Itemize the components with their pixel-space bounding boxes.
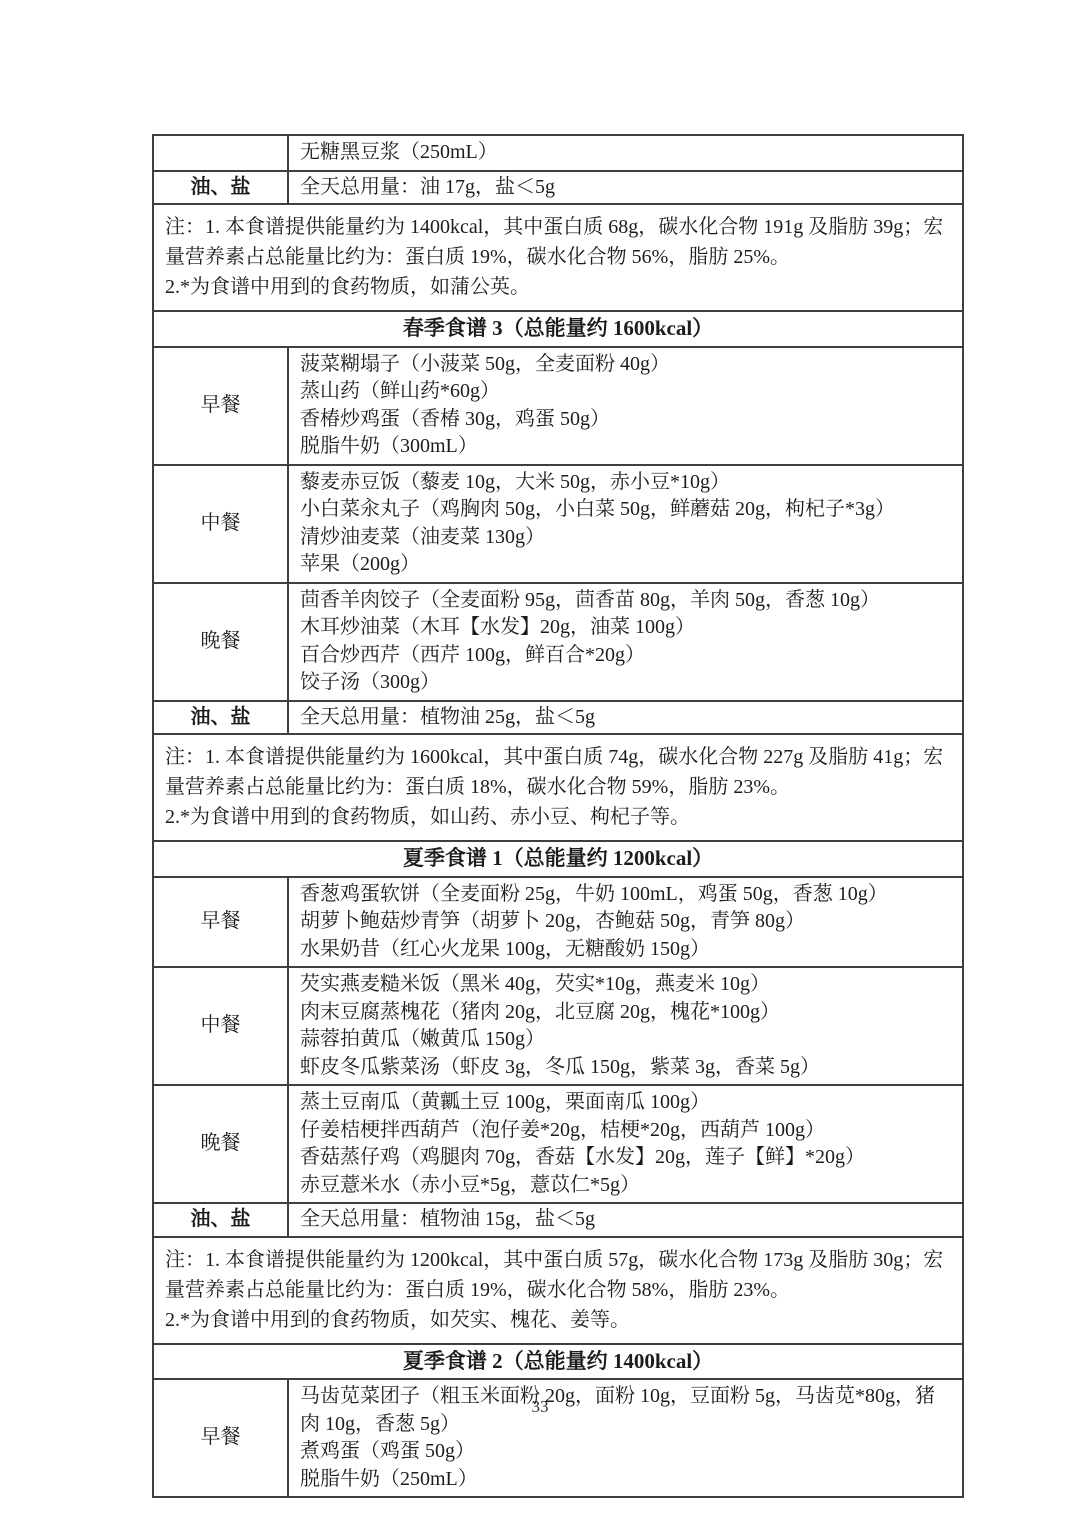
dish-item: 饺子汤（300g） — [300, 669, 954, 697]
note-line: 注：1. 本食谱提供能量约为 1600kcal，其中蛋白质 74g，碳水化合物 … — [165, 742, 952, 802]
dish-cell: 蒸土豆南瓜（黄瓤土豆 100g，栗面南瓜 100g） 仔姜桔梗拌西葫芦（泡仔姜*… — [288, 1085, 963, 1203]
dish-item: 蒜蓉拍黄瓜（嫩黄瓜 150g） — [300, 1026, 954, 1054]
meal-plan-table: 无糖黑豆浆（250mL） 油、盐 全天总用量：油 17g，盐＜5g 注：1. 本… — [152, 134, 964, 1498]
row-carryover-dinner: 无糖黑豆浆（250mL） — [153, 135, 963, 171]
section-title: 夏季食谱 2（总能量约 1400kcal） — [153, 1344, 963, 1380]
dish-cell: 藜麦赤豆饭（藜麦 10g，大米 50g，赤小豆*10g） 小白菜汆丸子（鸡胸肉 … — [288, 465, 963, 583]
oil-salt-value: 全天总用量：植物油 25g，盐＜5g — [288, 701, 963, 735]
oil-salt-value: 全天总用量：植物油 15g，盐＜5g — [288, 1203, 963, 1237]
row-spring3-breakfast: 早餐 菠菜糊塌子（小菠菜 50g，全麦面粉 40g） 蒸山药（鲜山药*60g） … — [153, 347, 963, 465]
row-summer1-lunch: 中餐 芡实燕麦糙米饭（黑米 40g，芡实*10g，燕麦米 10g） 肉末豆腐蒸槐… — [153, 967, 963, 1085]
dish-cell: 无糖黑豆浆（250mL） — [288, 135, 963, 171]
dish-item: 茴香羊肉饺子（全麦面粉 95g，茴香苗 80g，羊肉 50g，香葱 10g） — [300, 587, 954, 615]
row-spring3-note: 注：1. 本食谱提供能量约为 1600kcal，其中蛋白质 74g，碳水化合物 … — [153, 734, 963, 841]
dish-item: 赤豆薏米水（赤小豆*5g，薏苡仁*5g） — [300, 1172, 954, 1200]
dish-item: 仔姜桔梗拌西葫芦（泡仔姜*20g，桔梗*20g，西葫芦 100g） — [300, 1117, 954, 1145]
dish-item: 百合炒西芹（西芹 100g，鲜百合*20g） — [300, 642, 954, 670]
dish-item: 藜麦赤豆饭（藜麦 10g，大米 50g，赤小豆*10g） — [300, 469, 954, 497]
meal-label-lunch: 中餐 — [153, 465, 288, 583]
dish-item: 菠菜糊塌子（小菠菜 50g，全麦面粉 40g） — [300, 351, 954, 379]
dish-item: 芡实燕麦糙米饭（黑米 40g，芡实*10g，燕麦米 10g） — [300, 971, 954, 999]
dish-item: 小白菜汆丸子（鸡胸肉 50g，小白菜 50g，鲜蘑菇 20g，枸杞子*3g） — [300, 496, 954, 524]
meal-label-breakfast: 早餐 — [153, 877, 288, 968]
dish-item: 苹果（200g） — [300, 551, 954, 579]
row-carryover-note: 注：1. 本食谱提供能量约为 1400kcal，其中蛋白质 68g，碳水化合物 … — [153, 204, 963, 311]
dish-item: 蒸土豆南瓜（黄瓤土豆 100g，栗面南瓜 100g） — [300, 1089, 954, 1117]
meal-label-empty — [153, 135, 288, 171]
oil-salt-value: 全天总用量：油 17g，盐＜5g — [288, 171, 963, 205]
section-title: 夏季食谱 1（总能量约 1200kcal） — [153, 841, 963, 877]
note-line: 注：1. 本食谱提供能量约为 1200kcal，其中蛋白质 57g，碳水化合物 … — [165, 1245, 952, 1305]
dish-item: 清炒油麦菜（油麦菜 130g） — [300, 524, 954, 552]
dish-item: 香椿炒鸡蛋（香椿 30g，鸡蛋 50g） — [300, 406, 954, 434]
row-carryover-oil-salt: 油、盐 全天总用量：油 17g，盐＜5g — [153, 171, 963, 205]
oil-salt-label: 油、盐 — [153, 171, 288, 205]
meal-label-dinner: 晚餐 — [153, 1085, 288, 1203]
row-spring3-lunch: 中餐 藜麦赤豆饭（藜麦 10g，大米 50g，赤小豆*10g） 小白菜汆丸子（鸡… — [153, 465, 963, 583]
row-spring3-header: 春季食谱 3（总能量约 1600kcal） — [153, 311, 963, 347]
note-line: 2.*为食谱中用到的食药物质，如蒲公英。 — [165, 272, 952, 302]
section-title: 春季食谱 3（总能量约 1600kcal） — [153, 311, 963, 347]
meal-label-dinner: 晚餐 — [153, 583, 288, 701]
dish-item: 脱脂牛奶（250mL） — [300, 1466, 954, 1494]
dish-cell: 芡实燕麦糙米饭（黑米 40g，芡实*10g，燕麦米 10g） 肉末豆腐蒸槐花（猪… — [288, 967, 963, 1085]
dish-item: 木耳炒油菜（木耳【水发】20g，油菜 100g） — [300, 614, 954, 642]
note-line: 2.*为食谱中用到的食药物质，如芡实、槐花、姜等。 — [165, 1305, 952, 1335]
dish-item: 水果奶昔（红心火龙果 100g，无糖酸奶 150g） — [300, 936, 954, 964]
note-line: 2.*为食谱中用到的食药物质，如山药、赤小豆、枸杞子等。 — [165, 802, 952, 832]
row-spring3-oil-salt: 油、盐 全天总用量：植物油 25g，盐＜5g — [153, 701, 963, 735]
meal-label-lunch: 中餐 — [153, 967, 288, 1085]
row-summer1-dinner: 晚餐 蒸土豆南瓜（黄瓤土豆 100g，栗面南瓜 100g） 仔姜桔梗拌西葫芦（泡… — [153, 1085, 963, 1203]
dish-item: 香菇蒸仔鸡（鸡腿肉 70g，香菇【水发】20g，莲子【鲜】*20g） — [300, 1144, 954, 1172]
document-page: 无糖黑豆浆（250mL） 油、盐 全天总用量：油 17g，盐＜5g 注：1. 本… — [0, 0, 1080, 1527]
dish-item: 胡萝卜鲍菇炒青笋（胡萝卜 20g，杏鲍菇 50g，青笋 80g） — [300, 908, 954, 936]
dish-cell: 菠菜糊塌子（小菠菜 50g，全麦面粉 40g） 蒸山药（鲜山药*60g） 香椿炒… — [288, 347, 963, 465]
note-line: 注：1. 本食谱提供能量约为 1400kcal，其中蛋白质 68g，碳水化合物 … — [165, 212, 952, 272]
row-summer1-oil-salt: 油、盐 全天总用量：植物油 15g，盐＜5g — [153, 1203, 963, 1237]
note-cell: 注：1. 本食谱提供能量约为 1600kcal，其中蛋白质 74g，碳水化合物 … — [153, 734, 963, 841]
row-summer1-breakfast: 早餐 香葱鸡蛋软饼（全麦面粉 25g，牛奶 100mL，鸡蛋 50g，香葱 10… — [153, 877, 963, 968]
row-spring3-dinner: 晚餐 茴香羊肉饺子（全麦面粉 95g，茴香苗 80g，羊肉 50g，香葱 10g… — [153, 583, 963, 701]
dish-cell: 香葱鸡蛋软饼（全麦面粉 25g，牛奶 100mL，鸡蛋 50g，香葱 10g） … — [288, 877, 963, 968]
dish-item: 香葱鸡蛋软饼（全麦面粉 25g，牛奶 100mL，鸡蛋 50g，香葱 10g） — [300, 881, 954, 909]
row-summer2-header: 夏季食谱 2（总能量约 1400kcal） — [153, 1344, 963, 1380]
dish-item: 煮鸡蛋（鸡蛋 50g） — [300, 1438, 954, 1466]
dish-item: 肉末豆腐蒸槐花（猪肉 20g，北豆腐 20g，槐花*100g） — [300, 999, 954, 1027]
dish-item: 虾皮冬瓜紫菜汤（虾皮 3g，冬瓜 150g，紫菜 3g，香菜 5g） — [300, 1054, 954, 1082]
note-cell: 注：1. 本食谱提供能量约为 1200kcal，其中蛋白质 57g，碳水化合物 … — [153, 1237, 963, 1344]
row-summer1-note: 注：1. 本食谱提供能量约为 1200kcal，其中蛋白质 57g，碳水化合物 … — [153, 1237, 963, 1344]
note-cell: 注：1. 本食谱提供能量约为 1400kcal，其中蛋白质 68g，碳水化合物 … — [153, 204, 963, 311]
page-number: 33 — [0, 1397, 1080, 1417]
dish-item: 蒸山药（鲜山药*60g） — [300, 378, 954, 406]
dish-item: 脱脂牛奶（300mL） — [300, 433, 954, 461]
meal-label-breakfast: 早餐 — [153, 347, 288, 465]
oil-salt-label: 油、盐 — [153, 701, 288, 735]
dish-item: 无糖黑豆浆（250mL） — [300, 139, 954, 167]
dish-cell: 茴香羊肉饺子（全麦面粉 95g，茴香苗 80g，羊肉 50g，香葱 10g） 木… — [288, 583, 963, 701]
oil-salt-label: 油、盐 — [153, 1203, 288, 1237]
row-summer1-header: 夏季食谱 1（总能量约 1200kcal） — [153, 841, 963, 877]
